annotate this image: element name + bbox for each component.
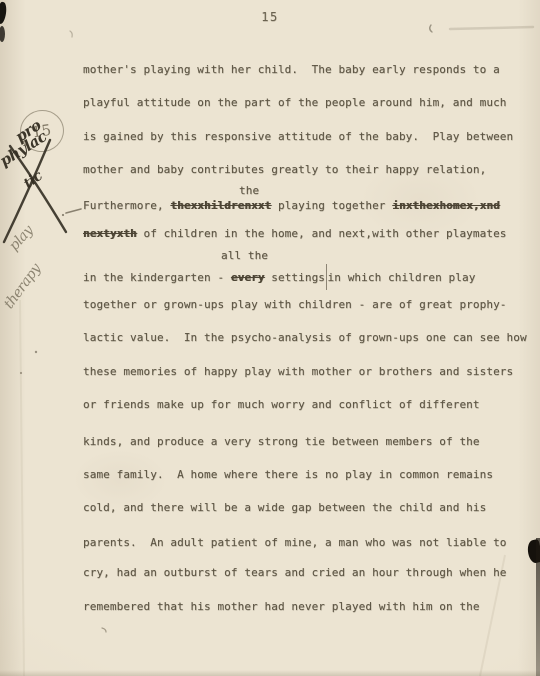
typescript-text: same family. A home where there is no pl… bbox=[83, 468, 493, 481]
photo-edge-mark-top-left-2 bbox=[0, 26, 5, 42]
typescript-line: or friends make up for much worry and co… bbox=[83, 398, 480, 412]
typescript-line: kinds, and produce a very strong tie bet… bbox=[83, 435, 480, 449]
paper-crease bbox=[20, 300, 24, 676]
typescript-line: mother and baby contributes greatly to t… bbox=[83, 163, 486, 177]
typescript-text: Furthermore, bbox=[83, 199, 170, 212]
typescript-text: is gained by this responsive attitude of… bbox=[83, 130, 513, 143]
interline-insertion: all the bbox=[221, 249, 268, 262]
typescript-text: settings bbox=[265, 271, 326, 284]
typescript-line: mother's playing with her child. The bab… bbox=[83, 63, 500, 77]
typescript-line: playful attitude on the part of the peop… bbox=[83, 96, 507, 110]
typescript-text: kinds, and produce a very strong tie bet… bbox=[83, 435, 480, 448]
photo-edge-shadow-right bbox=[536, 538, 540, 676]
paper-speck bbox=[35, 351, 37, 353]
typescript-text: or friends make up for much worry and co… bbox=[83, 398, 480, 411]
typescript-line: Furthermore, thexxhildrenxxt playing tog… bbox=[83, 199, 500, 213]
typescript-text: remembered that his mother had never pla… bbox=[83, 600, 480, 613]
photo-edge-mark-right bbox=[526, 539, 540, 564]
small-pencil-tick bbox=[70, 31, 72, 37]
paper-speck bbox=[102, 628, 106, 632]
typescript-text: playful attitude on the part of the peop… bbox=[83, 96, 507, 109]
pencil-smudge-line bbox=[450, 27, 533, 29]
pencil-tick-mark bbox=[430, 25, 432, 32]
overstruck-text: thexxhildrenxxt bbox=[170, 199, 271, 212]
typescript-line: same family. A home where there is no pl… bbox=[83, 468, 493, 482]
insertion-dot-mark bbox=[62, 214, 64, 216]
overstruck-text: inxthexhomex,xnd bbox=[392, 199, 500, 212]
typescript-text: together or grown-ups play with children… bbox=[83, 298, 507, 311]
typescript-text: cold, and there will be a wide gap betwe… bbox=[83, 501, 486, 514]
typescript-text: in which children play bbox=[328, 271, 476, 284]
page-number: 15 bbox=[0, 10, 540, 24]
typescript-line: parents. An adult patient of mine, a man… bbox=[83, 536, 507, 550]
typescript-line: is gained by this responsive attitude of… bbox=[83, 130, 513, 144]
insertion-dash-mark bbox=[66, 209, 81, 213]
typescript-text: mother and baby contributes greatly to t… bbox=[83, 163, 486, 176]
typescript-line: cry, had an outburst of tears and cried … bbox=[83, 566, 507, 580]
typescript-line: nextyxth of children in the home, and ne… bbox=[83, 227, 507, 241]
overstruck-text: every bbox=[231, 271, 265, 284]
overstruck-text: nextyxth bbox=[83, 227, 137, 240]
typescript-text: lactic value. In the psycho-analysis of … bbox=[83, 331, 527, 344]
typescript-line: these memories of happy play with mother… bbox=[83, 365, 513, 379]
typescript-text: in the kindergarten - bbox=[83, 271, 231, 284]
typescript-text: playing together bbox=[271, 199, 392, 212]
typescript-line: in the kindergarten - every settingsin w… bbox=[83, 264, 475, 290]
paper-speck bbox=[20, 372, 22, 374]
typescript-text: these memories of happy play with mother… bbox=[83, 365, 513, 378]
margin-ink-note-word-3: tic bbox=[21, 168, 46, 192]
margin-pencil-note-word-1: play bbox=[6, 223, 36, 254]
typescript-line: lactic value. In the psycho-analysis of … bbox=[83, 331, 527, 345]
interline-insertion: the bbox=[239, 184, 259, 197]
manuscript-page: 15 mother's playing with her child. The … bbox=[0, 0, 540, 676]
typescript-line: cold, and there will be a wide gap betwe… bbox=[83, 501, 486, 515]
typescript-line: together or grown-ups play with children… bbox=[83, 298, 507, 312]
typescript-text: parents. An adult patient of mine, a man… bbox=[83, 536, 507, 549]
typescript-line: remembered that his mother had never pla… bbox=[83, 600, 480, 614]
typescript-text: cry, had an outburst of tears and cried … bbox=[83, 566, 507, 579]
margin-pencil-note-word-2: therapy bbox=[1, 261, 44, 312]
typescript-text: of children in the home, and next,with o… bbox=[137, 227, 507, 240]
typescript-text: mother's playing with her child. The bab… bbox=[83, 63, 500, 76]
